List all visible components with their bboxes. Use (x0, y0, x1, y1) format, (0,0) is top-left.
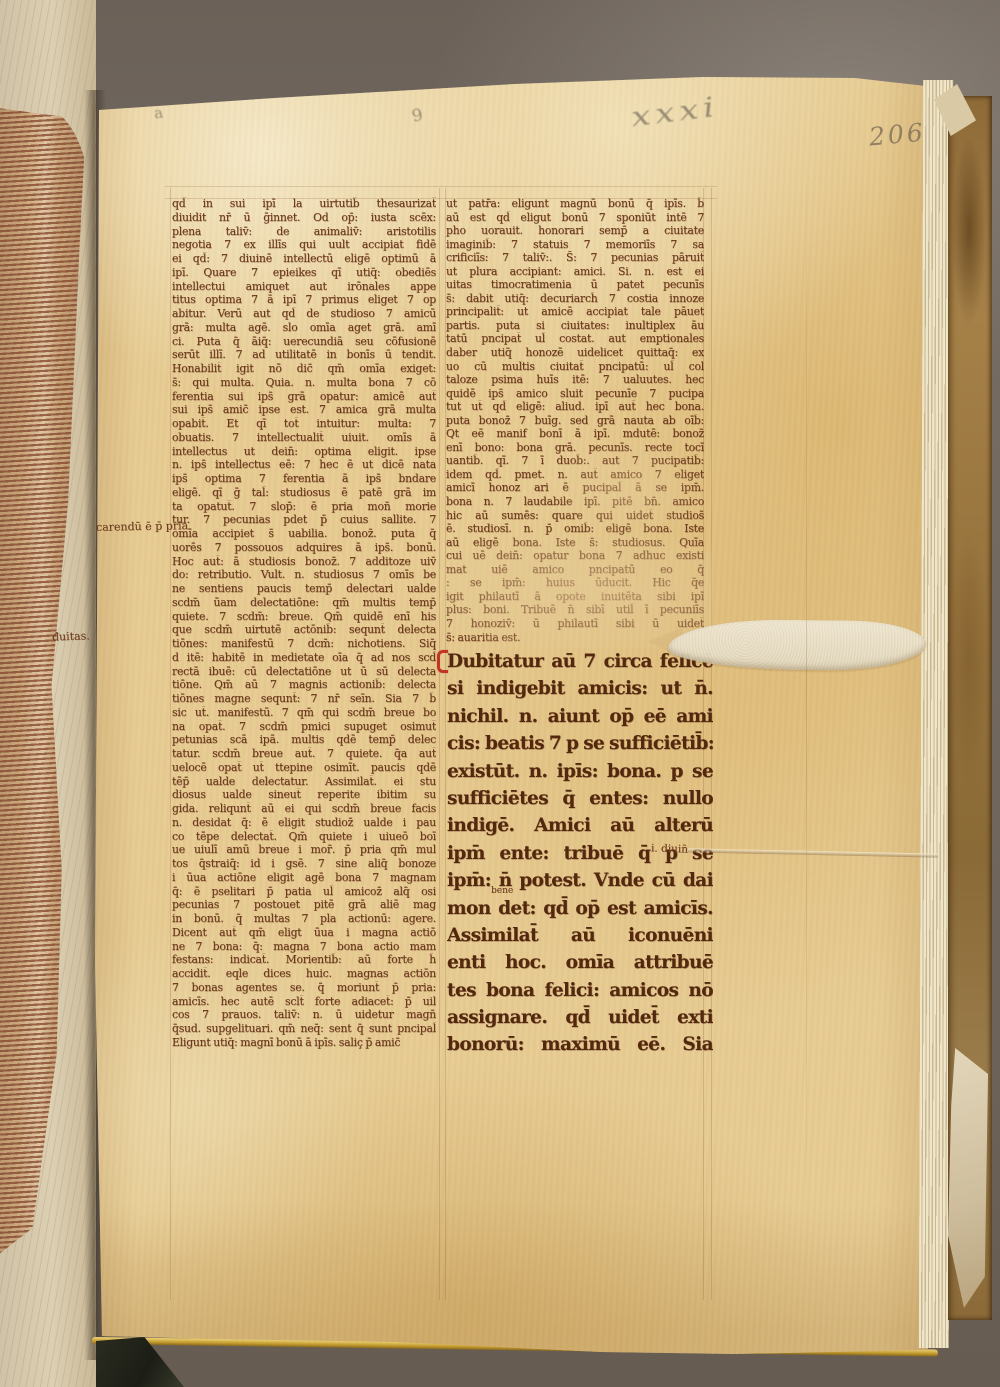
manuscript-text-line: s̄: qui multa. Quia. n. multa bona 7 cō (172, 376, 436, 390)
manuscript-text-line: opabit̄. Et qī tot̄ intuitur: multa: 7 (172, 417, 436, 431)
manuscript-text-line: ci. Puta q̄ āiq̄: uerecundiā seu cōfusio… (172, 335, 436, 349)
manuscript-text-line: Hoc aut̄: ā studiosis bonoz̄. 7 additoze… (172, 555, 436, 569)
manuscript-text-line: d itē: habitē in medietate oīa q̄ ad nos… (172, 651, 436, 665)
manuscript-text-line: petunias scā ipā. multis qdē temp̄ delec (172, 733, 436, 747)
manuscript-text-line: taloze psima huīs itē: 7 ualuutes. hec (446, 373, 704, 387)
manuscript-text-line: festans: indicat̄. Morientib̄: aū forte … (172, 953, 436, 967)
manuscript-text-line: assignare. qd̄ uidet̄ exti (447, 1004, 713, 1031)
manuscript-text-line: Assimilat̄ aū iconuēni (447, 922, 713, 949)
manuscript-text-line: tur. 7 pecunias pdet p̄ cuius sallite. 7 (172, 513, 436, 527)
manuscript-text-line: puta bonoz̄ 7 buīg. sed grā nauta ab oīb… (446, 414, 704, 428)
manuscript-text-line: intellectus ut dein̄: optima eligit. ips… (172, 445, 436, 459)
manuscript-text-line: nichil. n. aiunt op̄ eē ami (447, 703, 713, 730)
manuscript-text-line: uitas timocratimenia ū patet pecunīs (446, 278, 704, 292)
manuscript-text-line: tatur. scdm̄ breue aut̄. 7 quiete. q̄a a… (172, 747, 436, 761)
manuscript-text-line: in bonū. q̄ multas 7 pla actionū: agere. (172, 912, 436, 926)
binding-board-edge (948, 96, 992, 1320)
manuscript-text-line: plena taliv̄: de animaliv̄: aristotilis (172, 225, 436, 239)
manuscript-text-line: diuidit nr̄ ū ḡinnet. Od op̄: iusta scēx… (172, 211, 436, 225)
faded-ink-wash (545, 440, 710, 545)
faded-ink-wash (444, 536, 712, 648)
manuscript-text-line: tēp̄ ualde delectatur. Assimilat̄. ei st… (172, 775, 436, 789)
manuscript-text-line: Qt eē manif bonī ā ipī. mdutē: bonoz̄ (446, 427, 704, 441)
manuscript-text-line: sui ips̄ amic̄ ipse est. 7 amica grā mul… (172, 403, 436, 417)
manuscript-text-line: n. desidat q̄: ē eligit studioz̄ ualde i… (172, 816, 436, 830)
marginal-note-left-lower: đuitas. (52, 629, 90, 643)
manuscript-text-line: cis: beatis 7 p se sufficiētib̄:. (447, 730, 713, 757)
manuscript-text-line: eligē. qī ḡ tal̄: studiosus ē patē grā i… (172, 486, 436, 500)
ruling-line-horizontal (165, 186, 717, 187)
manuscript-text-line: titus optima 7 ā ipī 7 primus eliget 7 o… (172, 293, 436, 307)
manuscript-text-line: indigē. Amici aū alterū (447, 812, 713, 839)
manuscript-text-line: uelocē opat̄ ut̄ ttepine osimīt. paucis … (172, 761, 436, 775)
manuscript-text-line: imaginib̄: 7 statuis 7 memoriīs 7 sa (446, 238, 704, 252)
binding-torn-patch (948, 1048, 988, 1308)
manuscript-text-line: i ūua actiōne eligit agē bona 7 magnam (172, 871, 436, 885)
manuscript-text-line: gida. reliqunt̄ aū ei qui scdm̄ breue fa… (172, 802, 436, 816)
manuscript-text-line: n. ips̄ intellectus eē: 7 hec ē ut dicē … (172, 458, 436, 472)
manuscript-text-line: scdm̄ ūam delectatiōne: qm̄ multis temp̄ (172, 596, 436, 610)
manuscript-text-line: ue uiulī amū breue i mor̄. p̄ pria qm̄ m… (172, 843, 436, 857)
manuscript-text-line: sic ut̄. manifestū. 7 qm̄ qui scdm̄ breu… (172, 706, 436, 720)
manuscript-text-line: ips̄ optima 7 ferentia ā ips̄ bndare (172, 472, 436, 486)
manuscript-text-line: tes bona felici: amicos nō (447, 977, 713, 1004)
manuscript-text-line: ne 7 bona: q̄: magna 7 bona actio mam (172, 940, 436, 954)
manuscript-text-line: obuatis. 7 intellectualit̄ uiuit. omīs ā (172, 431, 436, 445)
manuscript-text-line: quiete. 7 scdm̄: breue. Qm̄ quidē enī hi… (172, 610, 436, 624)
manuscript-text-line: tiōne. Qm̄ aū 7 magnis actionib̄: delect… (172, 678, 436, 692)
ruling-line-vertical (439, 188, 440, 1300)
manuscript-text-line: tatū pncipat̄ ul̄ costat. aut emptionale… (446, 332, 704, 346)
folio-number: 206 (868, 118, 927, 152)
manuscript-text-line: partis. puta si ciuitates: inultiplex āu (446, 319, 704, 333)
manuscript-text-line: ta opatut̄. 7 slop̄: ē pria mon̄ morie (172, 500, 436, 514)
binding-stain (950, 526, 988, 786)
manuscript-text-line: do: retributio. Vult. n. studiosus 7 omī… (172, 568, 436, 582)
manuscript-text-line: amicīs. hec autē sclt̄ forte adiacet̄: p… (172, 995, 436, 1009)
manuscript-text-line: sufficiētes q̄ entes: nullo (447, 785, 713, 812)
manuscript-text-line: existūt. n. ipīs: bona. p se (447, 758, 713, 785)
manuscript-text-line: pho uorauit. honorari semp̄ a ciuitate (446, 224, 704, 238)
manuscript-text-line: uo cū multis ciuitat̄ pncipatū: ul̄ col (446, 360, 704, 374)
manuscript-text-line: si indigebit amicis: ut n̄. (447, 675, 713, 702)
manuscript-text-line: s̄: dabit utiq̄: decuriarch̄ 7 costia in… (446, 292, 704, 306)
manuscript-text-line: ut plura accipiant: amici. Si. n. est ei (446, 265, 704, 279)
marginal-gloss-right: i. diuin̄ (651, 842, 688, 855)
ruling-line-vertical (170, 188, 171, 1300)
manuscript-text-line: Dicent aut̄ qm̄ eligt ūua i magna actiō (172, 926, 436, 940)
manuscript-text-line: q̄: ē pselitari p̄ patia ul̄ amicoz̄ alq… (172, 885, 436, 899)
manuscript-text-line: enti hoc. omīa attribuē (447, 949, 713, 976)
manuscript-text-line: qd̄ in sui ipī la uirtutib̄ thesaurizat̄ (172, 197, 436, 211)
left-text-column: qd̄ in sui ipī la uirtutib̄ thesaurizat̄… (172, 197, 436, 1050)
interlinear-gloss: bene (491, 886, 513, 896)
manuscript-text-line: daber utiq̄ honozē uidelicet quittaq̄: e… (446, 346, 704, 360)
manuscript-text-line: quidē ips̄ amico sluit pecunīe 7 pucipa (446, 387, 704, 401)
manuscript-photo: qd̄ in sui ipī la uirtutib̄ thesaurizat̄… (0, 0, 1000, 1387)
manuscript-text-line: ei qd̄: 7 diuinē intellectū eligē optimū… (172, 252, 436, 266)
manuscript-text-line: aū est qd̄ eligut bonū 7 sponiūt intē 7 (446, 211, 704, 225)
manuscript-text-line: mon det: qd̄ op̄ est amicīs. (447, 895, 713, 922)
manuscript-text-line: serūt illī. 7 ad utilitatē in bonīs ū te… (172, 348, 436, 362)
binding-stain (952, 136, 986, 326)
manuscript-text-line: co tēpe delectat̄. Qm̄ quiete i uiueō bo… (172, 830, 436, 844)
manuscript-text-line: intellectui amiquet aut irōnales appe (172, 280, 436, 294)
manuscript-text-line: rectā ibuē: cū delectatiōne ut ū sū dele… (172, 665, 436, 679)
manuscript-text-line: ut patr̄a: eligunt magnū bonū q̄ ipīs. b… (446, 197, 704, 211)
manuscript-text-line: crificiīs: 7 taliv̄:. S̄: 7 pecunias pār… (446, 251, 704, 265)
manuscript-text-line: pecunias 7 postouet pitē grā aliē mag (172, 898, 436, 912)
manuscript-text-line: ne sentiens paucis temp̄ delectari ualde (172, 582, 436, 596)
manuscript-text-line: cos 7 prauos. taliv̄: n. ū uidetur magn̄ (172, 1008, 436, 1022)
manuscript-text-line: ipm̄: n̄ potest. Vnde cū dai (447, 867, 713, 894)
manuscript-text-line: que scdm̄ uirtutē actōnib̄: sequnt̄ dele… (172, 623, 436, 637)
manuscript-text-line: Honabilit̄ igit nō dic̄ qm̄ omīa exiget: (172, 362, 436, 376)
manuscript-text-line: 7 bonas agentes se. q̄ moriunt̄ p̄ pria: (172, 981, 436, 995)
manuscript-text-line: tos q̄straiq̄: id i gsē. 7 sine aliq̄ bo… (172, 857, 436, 871)
manuscript-text-line: negotia 7 ex illīs qui uult accipiat fid… (172, 238, 436, 252)
marginal-note-left-upper: carendū ē p̄ pria (96, 519, 188, 534)
manuscript-text-line: tut ut̄ qd̄ eligē: aliud. ipī aut̄ hec b… (446, 400, 704, 414)
manuscript-text-line: tiōnes: manifestū 7 dcm̄: nichotiens. Si… (172, 637, 436, 651)
manuscript-text-line: Eligunt utiq̄: magnī bonū ā ipīs. saliç … (172, 1036, 436, 1050)
manuscript-text-line: omīa accipiet s̄ uabilia. bonoz̄. puta q… (172, 527, 436, 541)
manuscript-text-line: accidit̄. eqle dices huic. magnas actiōn (172, 967, 436, 981)
manuscript-text-line: diosus ualde sineut̄ reperite ibitim su (172, 788, 436, 802)
manuscript-text-line: ferentia sui ips̄ grā opatur: amicē aut̄ (172, 390, 436, 404)
manuscript-text-line: na opat̄. 7 scdm̄ pmici supuget osimut̄ (172, 720, 436, 734)
manuscript-text-line: bonorū: maximū eē. Sia (447, 1031, 713, 1058)
manuscript-text-line: tiōnes magne sequnt̄: 7 nr̄ seīn. Sia 7 … (172, 692, 436, 706)
manuscript-text-line: ipī. Quare 7 epieikes qī utiq̄: obediēs (172, 266, 436, 280)
manuscript-text-line: grā: multa agē. slo omīa aget grā. amī (172, 321, 436, 335)
manuscript-text-line: abitur. Verū aut qd̄ de studioso 7 amicū (172, 307, 436, 321)
vertical-crease (806, 120, 807, 1270)
manuscript-text-line: uorēs 7 possouos adquires ā ips̄. bonū. (172, 541, 436, 555)
manuscript-text-line: principalit̄: ut amicē accipiat tale pāu… (446, 305, 704, 319)
manuscript-text-line: q̄sud. supgelituari. qm̄ neq̄: sent q̄ s… (172, 1022, 436, 1036)
